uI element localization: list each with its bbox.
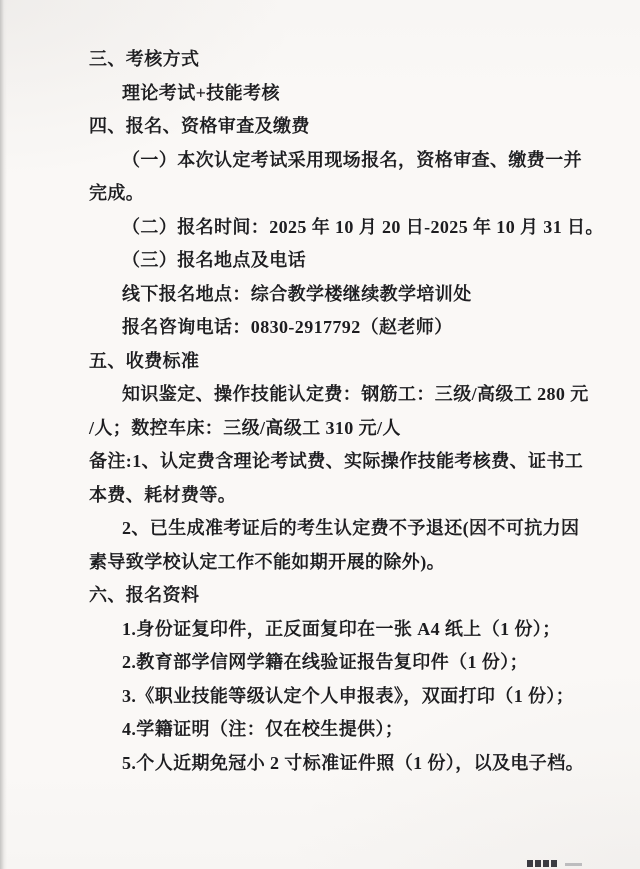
doc-list-item: 3.《职业技能等级认定个人申报表》，双面打印（1 份）； <box>0 680 640 714</box>
doc-line-note: 素导致学校认定工作不能如期开展的除外)。 <box>0 546 640 580</box>
doc-line: （三）报名地点及电话 <box>0 244 640 278</box>
doc-line-phone-number: 报名咨询电话：0830-2917792（赵老师） <box>0 311 640 345</box>
doc-list-item: 2.教育部学信网学籍在线验证报告复印件（1 份）； <box>0 646 640 680</box>
doc-line-note: 2、已生成准考证后的考生认定费不予退还(因不可抗力因 <box>0 512 640 546</box>
cutoff-watermark-fragment <box>527 860 587 869</box>
doc-line: （一）本次认定考试采用现场报名，资格审查、缴费一并 <box>0 144 640 178</box>
scanned-document-screenshot: { "colors": { "paper": "#faf8f6", "ink":… <box>0 0 640 869</box>
doc-line-note: 备注:1、认定费含理论考试费、实际操作技能考核费、证书工 <box>0 445 640 479</box>
document-body: 三、考核方式 理论考试+技能考核 四、报名、资格审查及缴费 （一）本次认定考试采… <box>0 43 640 780</box>
clipped-glyph <box>543 860 549 867</box>
clipped-dash <box>565 863 582 866</box>
doc-line-note: 本费、耗材费等。 <box>0 479 640 513</box>
doc-list-item: 5.个人近期免冠小 2 寸标准证件照（1 份），以及电子档。 <box>0 747 640 781</box>
clipped-glyph <box>535 860 541 867</box>
doc-list-item: 1.身份证复印件，正反面复印在一张 A4 纸上（1 份）； <box>0 613 640 647</box>
doc-line-registration-location: 线下报名地点：综合教学楼继续教学培训处 <box>0 278 640 312</box>
section-heading-assessment-method: 三、考核方式 <box>0 43 640 77</box>
doc-line: 理论考试+技能考核 <box>0 77 640 111</box>
document-page: 三、考核方式 理论考试+技能考核 四、报名、资格审查及缴费 （一）本次认定考试采… <box>0 0 640 869</box>
doc-line: 完成。 <box>0 177 640 211</box>
clipped-glyph <box>527 860 533 867</box>
section-heading-materials: 六、报名资料 <box>0 579 640 613</box>
section-heading-fees: 五、收费标准 <box>0 345 640 379</box>
doc-line-fee-detail: /人；数控车床：三级/高级工 310 元/人 <box>0 412 640 446</box>
doc-line-fee-detail: 知识鉴定、操作技能认定费：钢筋工：三级/高级工 280 元 <box>0 378 640 412</box>
doc-line-registration-time: （二）报名时间：2025 年 10 月 20 日-2025 年 10 月 31 … <box>0 211 640 245</box>
clipped-glyph <box>551 860 557 867</box>
doc-list-item: 4.学籍证明（注：仅在校生提供）； <box>0 713 640 747</box>
section-heading-registration: 四、报名、资格审查及缴费 <box>0 110 640 144</box>
